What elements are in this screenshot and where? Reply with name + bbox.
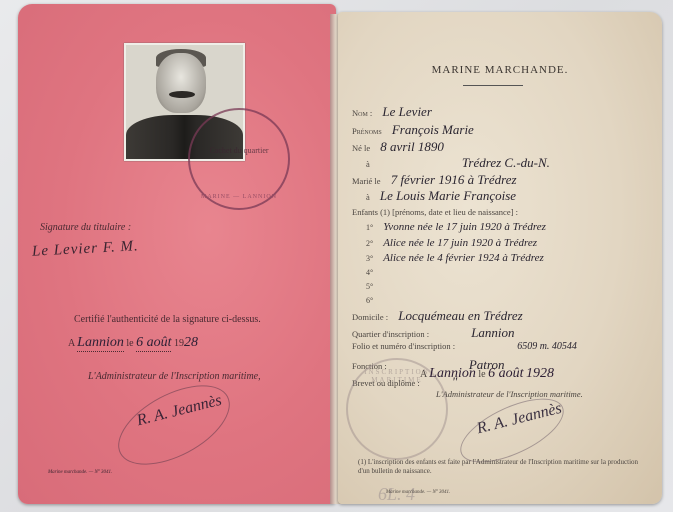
domicile-value: Locquémeau en Trédrez xyxy=(398,308,522,323)
field-domicile: Domicile : Locquémeau en Trédrez xyxy=(352,308,523,324)
stamp-ring-text: MARINE — LANNION xyxy=(190,194,288,200)
ne-le-value: 8 avril 1890 xyxy=(380,139,444,154)
field-enfants: Enfants (1) [prénoms, date et lieu de na… xyxy=(352,207,518,217)
signature-flourish xyxy=(106,369,243,481)
child-number: 5° xyxy=(366,282,373,291)
child-number: 2° xyxy=(366,239,373,248)
quartier-value: Lannion xyxy=(471,325,514,340)
child-number: 6° xyxy=(366,296,373,305)
marie-value: 7 février 1916 à Trédrez xyxy=(391,172,517,187)
nom-value: Le Levier xyxy=(382,104,431,119)
field-epouse: à Le Louis Marie Françoise xyxy=(366,188,516,204)
print-footer: Marine marchande. — N° 3041. xyxy=(386,490,450,495)
child-number: 4° xyxy=(366,268,373,277)
epouse-label: à xyxy=(366,192,370,202)
signature-label: Signature du titulaire : xyxy=(40,222,131,233)
administrator-title: L'Administrateur de l'Inscription mariti… xyxy=(88,371,261,382)
footnote: (1) L'inscription des enfants est faite … xyxy=(358,458,648,476)
marine-booklet: Cachet du quartier MARINE — LANNION Sign… xyxy=(0,0,673,512)
folio-value: 6509 m. 40544 xyxy=(517,341,577,352)
child-row: 2° Alice née le 17 juin 1920 à Trédrez xyxy=(366,237,537,249)
child-row: 4° xyxy=(366,268,373,277)
title-rule xyxy=(463,85,523,86)
epouse-value: Le Louis Marie Françoise xyxy=(380,188,516,203)
stamp-label: Cachet du quartier xyxy=(190,146,288,155)
cert-date-prefix: le xyxy=(126,338,133,349)
field-quartier: Quartier d'inscription : Lannion xyxy=(352,325,515,341)
field-ne-le: Né le 8 avril 1890 xyxy=(352,139,444,155)
child-row: 1° Yvonne née le 17 juin 1920 à Trédrez xyxy=(366,221,546,233)
lieu-label: à xyxy=(366,159,370,169)
field-folio: Folio et numéro d'inscription : 6509 m. … xyxy=(352,341,577,352)
date-place: Lannion xyxy=(429,366,476,381)
lieu-value: Trédrez C.-du-N. xyxy=(462,155,550,170)
print-footer: Marine marchande. — N° 3041. xyxy=(48,470,112,475)
certification-text: Certifié l'authenticité de la signature … xyxy=(74,314,261,325)
child-value: Alice née le 4 février 1924 à Trédrez xyxy=(383,252,544,264)
field-marie: Marié le 7 février 1916 à Trédrez xyxy=(352,172,517,188)
nom-label: Nom : xyxy=(352,108,372,118)
date-year: 1928 xyxy=(526,366,554,381)
child-row: 6° xyxy=(366,296,373,305)
ne-le-label: Né le xyxy=(352,143,370,153)
left-page: Cachet du quartier MARINE — LANNION Sign… xyxy=(18,4,336,504)
cert-date: 6 août xyxy=(136,335,171,352)
date-le: le xyxy=(478,369,485,380)
quartier-stamp: Cachet du quartier MARINE — LANNION xyxy=(188,108,290,210)
issue-date: A Lannion le 6 août 1928 xyxy=(420,366,554,382)
cert-year-prefix: 19 xyxy=(174,338,184,349)
holder-signature: Le Levier F. M. xyxy=(32,238,140,261)
cert-year-suffix: 28 xyxy=(184,335,198,350)
administrator-title: L'Administrateur de l'Inscription mariti… xyxy=(436,389,583,399)
photo-mustache xyxy=(169,91,195,98)
field-lieu-naissance: à Trédrez C.-du-N. xyxy=(366,155,550,171)
field-prenoms: Prénoms François Marie xyxy=(352,122,474,138)
date-prefix: A xyxy=(420,369,427,380)
page-title: MARINE MARCHANDE. xyxy=(338,64,662,76)
child-number: 1° xyxy=(366,223,373,232)
child-value: Yvonne née le 17 juin 1920 à Trédrez xyxy=(383,221,546,233)
certification-date: A Lannion le 6 août 1928 xyxy=(68,335,318,352)
child-row: 5° xyxy=(366,282,373,291)
child-row: 3° Alice née le 4 février 1924 à Trédrez xyxy=(366,252,544,264)
right-page: MARINE MARCHANDE. Nom : Le Levier Prénom… xyxy=(338,12,662,504)
domicile-label: Domicile : xyxy=(352,312,388,322)
marie-label: Marié le xyxy=(352,176,381,186)
field-nom: Nom : Le Levier xyxy=(352,104,432,120)
cert-place: Lannion xyxy=(77,335,124,352)
enfants-label: Enfants (1) [prénoms, date et lieu de na… xyxy=(352,207,518,217)
child-number: 3° xyxy=(366,254,373,263)
date-value: 6 août xyxy=(488,366,523,381)
prenoms-label: Prénoms xyxy=(352,126,382,136)
photo-face xyxy=(156,53,206,113)
quartier-label: Quartier d'inscription : xyxy=(352,329,429,339)
prenoms-value: François Marie xyxy=(392,122,474,137)
folio-label: Folio et numéro d'inscription : xyxy=(352,341,455,351)
cert-place-prefix: A xyxy=(68,338,75,349)
child-value: Alice née le 17 juin 1920 à Trédrez xyxy=(383,237,537,249)
